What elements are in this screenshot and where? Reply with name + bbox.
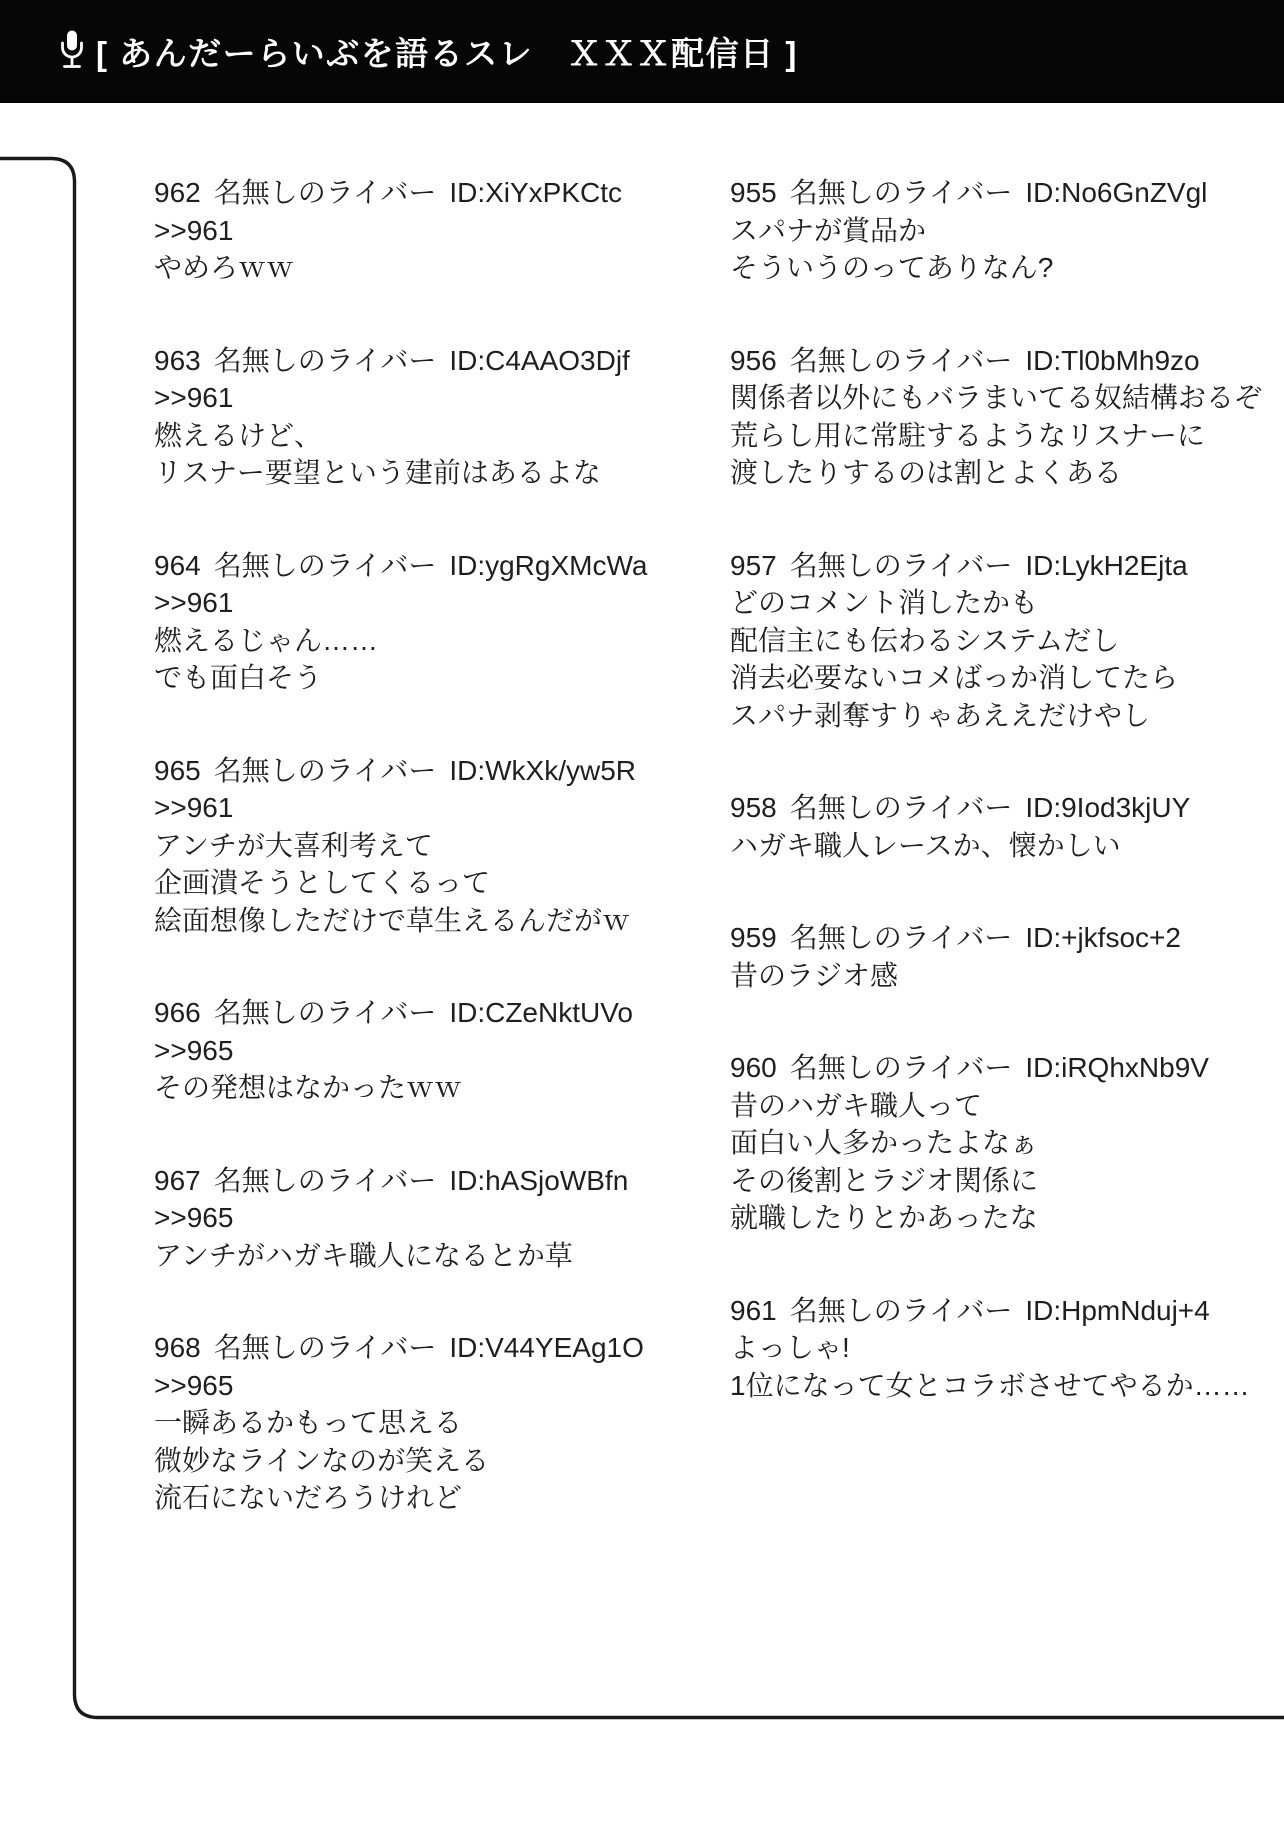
poster-name: 名無しのライバー: [214, 1165, 437, 1196]
post-body-line: その後割とラジオ関係に: [730, 1162, 1262, 1200]
post-body-line: アンチが大喜利考えて: [154, 827, 647, 865]
post-body-line: 昔のラジオ感: [730, 957, 1262, 995]
poster-name: 名無しのライバー: [214, 997, 437, 1028]
poster-name: 名無しのライバー: [214, 1332, 437, 1363]
poster-id: ID:Tl0bMh9zo: [1025, 345, 1199, 376]
post-number: 967: [154, 1165, 201, 1196]
post-body-line: スパナ剥奪すりゃあええだけやし: [730, 697, 1262, 735]
post-body-line: 一瞬あるかもって思える: [154, 1404, 647, 1442]
post-number: 958: [730, 792, 777, 823]
post-number: 956: [730, 345, 777, 376]
post-body-line: 荒らし用に常駐するようなリスナーに: [730, 417, 1262, 455]
poster-name: 名無しのライバー: [790, 345, 1013, 376]
poster-id: ID:HpmNduj+4: [1025, 1295, 1209, 1326]
post-body-line: 絵面想像しただけで草生えるんだがｗ: [154, 902, 647, 940]
post-header: 962名無しのライバーID:XiYxPKCtc: [154, 174, 647, 212]
thread-column-right: 955名無しのライバーID:No6GnZVglスパナが賞品かそういうのってありな…: [730, 174, 1262, 1459]
poster-id: ID:V44YEAg1O: [449, 1332, 644, 1363]
post-body-line: 燃えるじゃん……: [154, 622, 647, 660]
post-number: 959: [730, 922, 777, 953]
post-header: 958名無しのライバーID:9Iod3kjUY: [730, 789, 1262, 827]
post: 962名無しのライバーID:XiYxPKCtc>>961やめろｗｗ: [154, 174, 647, 287]
poster-id: ID:+jkfsoc+2: [1025, 922, 1181, 953]
post-body-line: 就職したりとかあったな: [730, 1199, 1262, 1237]
post: 965名無しのライバーID:WkXk/yw5R>>961アンチが大喜利考えて企画…: [154, 752, 647, 940]
post: 966名無しのライバーID:CZeNktUVo>>965その発想はなかったｗｗ: [154, 994, 647, 1107]
poster-id: ID:9Iod3kjUY: [1025, 792, 1190, 823]
post-header: 965名無しのライバーID:WkXk/yw5R: [154, 752, 647, 790]
poster-name: 名無しのライバー: [214, 345, 437, 376]
post-anchor-line: >>965: [154, 1032, 647, 1070]
post-body-line: 流石にないだろうけれど: [154, 1479, 647, 1517]
poster-id: ID:hASjoWBfn: [449, 1165, 628, 1196]
post: 958名無しのライバーID:9Iod3kjUYハガキ職人レースか、懐かしい: [730, 789, 1262, 864]
poster-name: 名無しのライバー: [790, 550, 1013, 581]
post-body-line: やめろｗｗ: [154, 249, 647, 287]
post-number: 961: [730, 1295, 777, 1326]
poster-name: 名無しのライバー: [214, 550, 437, 581]
poster-id: ID:CZeNktUVo: [449, 997, 633, 1028]
post-body-line: 企画潰そうとしてくるって: [154, 864, 647, 902]
post-number: 962: [154, 177, 201, 208]
poster-name: 名無しのライバー: [214, 177, 437, 208]
post: 964名無しのライバーID:ygRgXMcWa>>961燃えるじゃん……でも面白…: [154, 547, 647, 697]
post-anchor-line: >>961: [154, 379, 647, 417]
post-body-line: ハガキ職人レースか、懐かしい: [730, 827, 1262, 865]
post-number: 960: [730, 1052, 777, 1083]
post-body-line: スパナが賞品か: [730, 212, 1262, 250]
post-number: 966: [154, 997, 201, 1028]
poster-name: 名無しのライバー: [790, 177, 1013, 208]
post-number: 964: [154, 550, 201, 581]
poster-name: 名無しのライバー: [790, 792, 1013, 823]
microphone-icon: [58, 29, 86, 75]
post: 961名無しのライバーID:HpmNduj+4よっしゃ!1位になって女とコラボさ…: [730, 1292, 1262, 1405]
post-anchor-line: >>961: [154, 584, 647, 622]
post: 959名無しのライバーID:+jkfsoc+2昔のラジオ感: [730, 919, 1262, 994]
post: 967名無しのライバーID:hASjoWBfn>>965アンチがハガキ職人になる…: [154, 1162, 647, 1275]
post-header: 955名無しのライバーID:No6GnZVgl: [730, 174, 1262, 212]
post-body-line: その発想はなかったｗｗ: [154, 1069, 647, 1107]
post-header: 957名無しのライバーID:LykH2Ejta: [730, 547, 1262, 585]
post-body-line: 燃えるけど、: [154, 417, 647, 455]
poster-id: ID:C4AAO3Djf: [449, 345, 630, 376]
post-body-line: 関係者以外にもバラまいてる奴結構おるぞ: [730, 379, 1262, 417]
post-header: 959名無しのライバーID:+jkfsoc+2: [730, 919, 1262, 957]
post-number: 965: [154, 755, 201, 786]
post: 968名無しのライバーID:V44YEAg1O>>965一瞬あるかもって思える微…: [154, 1329, 647, 1517]
poster-id: ID:LykH2Ejta: [1025, 550, 1187, 581]
post-header: 964名無しのライバーID:ygRgXMcWa: [154, 547, 647, 585]
post-anchor-line: >>961: [154, 212, 647, 250]
poster-id: ID:WkXk/yw5R: [449, 755, 636, 786]
post-number: 968: [154, 1332, 201, 1363]
thread-title-bar: [ あんだーらいぶを語るスレ ＸＸＸ配信日 ]: [0, 0, 1284, 103]
post: 963名無しのライバーID:C4AAO3Djf>>961燃えるけど、リスナー要望…: [154, 342, 647, 492]
post-number: 963: [154, 345, 201, 376]
post: 956名無しのライバーID:Tl0bMh9zo関係者以外にもバラまいてる奴結構お…: [730, 342, 1262, 492]
post: 960名無しのライバーID:iRQhxNb9V昔のハガキ職人って面白い人多かった…: [730, 1049, 1262, 1237]
post-body-line: そういうのってありなん?: [730, 249, 1262, 287]
poster-name: 名無しのライバー: [790, 922, 1013, 953]
post-header: 966名無しのライバーID:CZeNktUVo: [154, 994, 647, 1032]
post-header: 963名無しのライバーID:C4AAO3Djf: [154, 342, 647, 380]
post-body-line: 配信主にも伝わるシステムだし: [730, 622, 1262, 660]
post-header: 968名無しのライバーID:V44YEAg1O: [154, 1329, 647, 1367]
post-body-line: 面白い人多かったよなぁ: [730, 1124, 1262, 1162]
post-body-line: でも面白そう: [154, 659, 647, 697]
post-body-line: 微妙なラインなのが笑える: [154, 1442, 647, 1480]
poster-id: ID:iRQhxNb9V: [1025, 1052, 1209, 1083]
post-body-line: アンチがハガキ職人になるとか草: [154, 1237, 647, 1275]
post-number: 957: [730, 550, 777, 581]
post-header: 967名無しのライバーID:hASjoWBfn: [154, 1162, 647, 1200]
post-anchor-line: >>965: [154, 1199, 647, 1237]
post-header: 956名無しのライバーID:Tl0bMh9zo: [730, 342, 1262, 380]
poster-id: ID:No6GnZVgl: [1025, 177, 1207, 208]
poster-name: 名無しのライバー: [214, 755, 437, 786]
thread-title: [ あんだーらいぶを語るスレ ＸＸＸ配信日 ]: [96, 28, 798, 75]
post-header: 960名無しのライバーID:iRQhxNb9V: [730, 1049, 1262, 1087]
thread-column-left: 962名無しのライバーID:XiYxPKCtc>>961やめろｗｗ963名無しの…: [154, 174, 647, 1572]
post-body-line: 渡したりするのは割とよくある: [730, 454, 1262, 492]
post-anchor-line: >>961: [154, 789, 647, 827]
post-body-line: 1位になって女とコラボさせてやるか……: [730, 1367, 1262, 1405]
poster-name: 名無しのライバー: [790, 1052, 1013, 1083]
poster-id: ID:XiYxPKCtc: [449, 177, 622, 208]
post-header: 961名無しのライバーID:HpmNduj+4: [730, 1292, 1262, 1330]
post-body-line: どのコメント消したかも: [730, 584, 1262, 622]
post-body-line: 昔のハガキ職人って: [730, 1087, 1262, 1125]
post-anchor-line: >>965: [154, 1367, 647, 1405]
post-body-line: よっしゃ!: [730, 1329, 1262, 1367]
poster-name: 名無しのライバー: [790, 1295, 1013, 1326]
post-number: 955: [730, 177, 777, 208]
poster-id: ID:ygRgXMcWa: [449, 550, 647, 581]
post: 955名無しのライバーID:No6GnZVglスパナが賞品かそういうのってありな…: [730, 174, 1262, 287]
post-body-line: リスナー要望という建前はあるよな: [154, 454, 647, 492]
post: 957名無しのライバーID:LykH2Ejtaどのコメント消したかも配信主にも伝…: [730, 547, 1262, 735]
post-body-line: 消去必要ないコメばっか消してたら: [730, 659, 1262, 697]
